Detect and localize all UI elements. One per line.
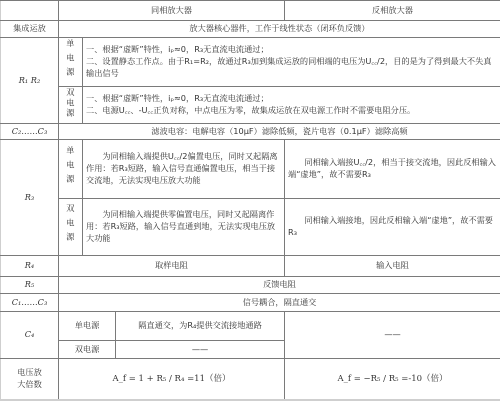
row-gain: 电压放 大倍数 A_f = 1 + R₅ / R₄ =11（倍） A_f = −… — [1, 359, 500, 400]
comparison-table-page: 同相放大器 反相放大器 集成运放 放大器核心器件，工作于线性状态（闭环负反馈） … — [0, 0, 500, 401]
cell-c4-single-noninv: 隔直通交，为R₄提供交流接地通路 — [116, 312, 285, 341]
r3-double-noninv-text: 为同相输入端提供零偏置电压，同时又起隔离作用：若R₃短路，输入信号直通到地，无法… — [86, 209, 281, 245]
cell-r1r2-double: 一、根据“虚断”特性，iₚ≈0，R₃无直流电流通过； 二、电源U꜀꜀、-U꜀꜀正… — [83, 87, 500, 124]
row-c1c3: C₁……C₃ 信号耦合，隔直通交 — [1, 294, 500, 312]
label-opamp: 集成运放 — [1, 21, 59, 38]
r3-double-inv-text: 同相输入端接地，因此反相输入端“虚地”，故不需要R₃ — [288, 215, 497, 239]
label-r4: R₄ — [1, 256, 59, 277]
label-gain-line-1: 电压放 — [4, 367, 55, 379]
row-c2c3: C₂……C₃ 滤波电容：电解电容（10μF）滤除低频，瓷片电容（0.1μF）滤除… — [1, 124, 500, 140]
label-r1r2: R₁ R₂ — [1, 38, 59, 124]
cell-c1c3: 信号耦合，隔直通交 — [59, 294, 500, 312]
row-opamp: 集成运放 放大器核心器件，工作于线性状态（闭环负反馈） — [1, 21, 500, 38]
r3-single-supply-text: 单电源 — [64, 146, 77, 189]
label-r3: R₃ — [1, 140, 59, 256]
cell-gain-inv: A_f = −R₅ / R₅ =-10（倍） — [285, 359, 500, 400]
label-double-supply: 双电源 — [59, 87, 83, 124]
r3-double-supply-text: 双电源 — [64, 204, 77, 247]
double-supply-text: 双电源 — [64, 88, 77, 119]
header-row: 同相放大器 反相放大器 — [1, 1, 500, 21]
label-c4: C₄ — [1, 312, 59, 359]
r1r2-single-line-1: 一、根据“虚断”特性，iₚ≈0，R₃无直流电流通过； — [86, 44, 497, 56]
r1r2-single-line-2: 二、设置静态工作点。由于R₁=R₂，故通过R₃加到集成运放的同相端的电压为U꜀꜀… — [86, 56, 497, 80]
amplifier-comparison-table: 同相放大器 反相放大器 集成运放 放大器核心器件，工作于线性状态（闭环负反馈） … — [0, 0, 500, 400]
header-inverting: 反相放大器 — [285, 1, 500, 21]
label-gain: 电压放 大倍数 — [1, 359, 59, 400]
label-single-supply: 单电源 — [59, 38, 83, 87]
cell-r4-inv: 输入电阻 — [285, 256, 500, 277]
cell-r3-single-noninv: 为同相输入端提供U꜀꜀/2偏置电压，同时又起隔离作用：若R₃短路，输入信号直通偏… — [83, 140, 285, 199]
row-c4-single: C₄ 单电源 隔直通交，为R₄提供交流接地通路 —— — [1, 312, 500, 341]
cell-r3-single-inv: 同相输入端接U꜀꜀/2，相当于接交流地，因此反相输入端“虚地”，故不需要R₃ — [285, 140, 500, 199]
r3-single-noninv-text: 为同相输入端提供U꜀꜀/2偏置电压，同时又起隔离作用：若R₃短路，输入信号直通偏… — [86, 151, 281, 187]
r3-single-inv-text: 同相输入端接U꜀꜀/2，相当于接交流地，因此反相输入端“虚地”，故不需要R₃ — [288, 157, 497, 181]
label-gain-line-2: 大倍数 — [4, 379, 55, 391]
label-c4-single-supply: 单电源 — [59, 312, 116, 341]
header-noninverting: 同相放大器 — [59, 1, 285, 21]
header-corner — [1, 1, 59, 21]
cell-c4-double-noninv: —— — [116, 341, 285, 359]
row-r3-single: R₃ 单电源 为同相输入端提供U꜀꜀/2偏置电压，同时又起隔离作用：若R₃短路，… — [1, 140, 500, 199]
r1r2-double-line-1: 一、根据“虚断”特性，iₚ≈0，R₃无直流电流通过； — [86, 93, 497, 105]
label-r3-double-supply: 双电源 — [59, 199, 83, 256]
cell-r3-double-inv: 同相输入端接地，因此反相输入端“虚地”，故不需要R₃ — [285, 199, 500, 256]
r1r2-double-line-2: 二、电源U꜀꜀、-U꜀꜀正负对称，中点电压为零，故集成运放在双电源工作时不需要电… — [86, 105, 497, 117]
label-r3-single-supply: 单电源 — [59, 140, 83, 199]
label-c1c3: C₁……C₃ — [1, 294, 59, 312]
cell-gain-noninv: A_f = 1 + R₅ / R₄ =11（倍） — [59, 359, 285, 400]
row-r5: R₅ 反馈电阻 — [1, 277, 500, 294]
cell-opamp: 放大器核心器件，工作于线性状态（闭环负反馈） — [59, 21, 500, 38]
label-c2c3: C₂……C₃ — [1, 124, 59, 140]
row-r3-double: 双电源 为同相输入端提供零偏置电压，同时又起隔离作用：若R₃短路，输入信号直通到… — [1, 199, 500, 256]
row-r1r2-single: R₁ R₂ 单电源 一、根据“虚断”特性，iₚ≈0，R₃无直流电流通过； 二、设… — [1, 38, 500, 87]
row-r4: R₄ 取样电阻 输入电阻 — [1, 256, 500, 277]
cell-r3-double-noninv: 为同相输入端提供零偏置电压，同时又起隔离作用：若R₃短路，输入信号直通到地，无法… — [83, 199, 285, 256]
row-r1r2-double: 双电源 一、根据“虚断”特性，iₚ≈0，R₃无直流电流通过； 二、电源U꜀꜀、-… — [1, 87, 500, 124]
cell-r4-noninv: 取样电阻 — [59, 256, 285, 277]
label-r5: R₅ — [1, 277, 59, 294]
cell-r5: 反馈电阻 — [59, 277, 500, 294]
cell-c2c3: 滤波电容：电解电容（10μF）滤除低频，瓷片电容（0.1μF）滤除高频 — [59, 124, 500, 140]
cell-r1r2-single: 一、根据“虚断”特性，iₚ≈0，R₃无直流电流通过； 二、设置静态工作点。由于R… — [83, 38, 500, 87]
single-supply-text: 单电源 — [64, 39, 77, 82]
cell-c4-inv: —— — [285, 312, 500, 359]
label-c4-double-supply: 双电源 — [59, 341, 116, 359]
